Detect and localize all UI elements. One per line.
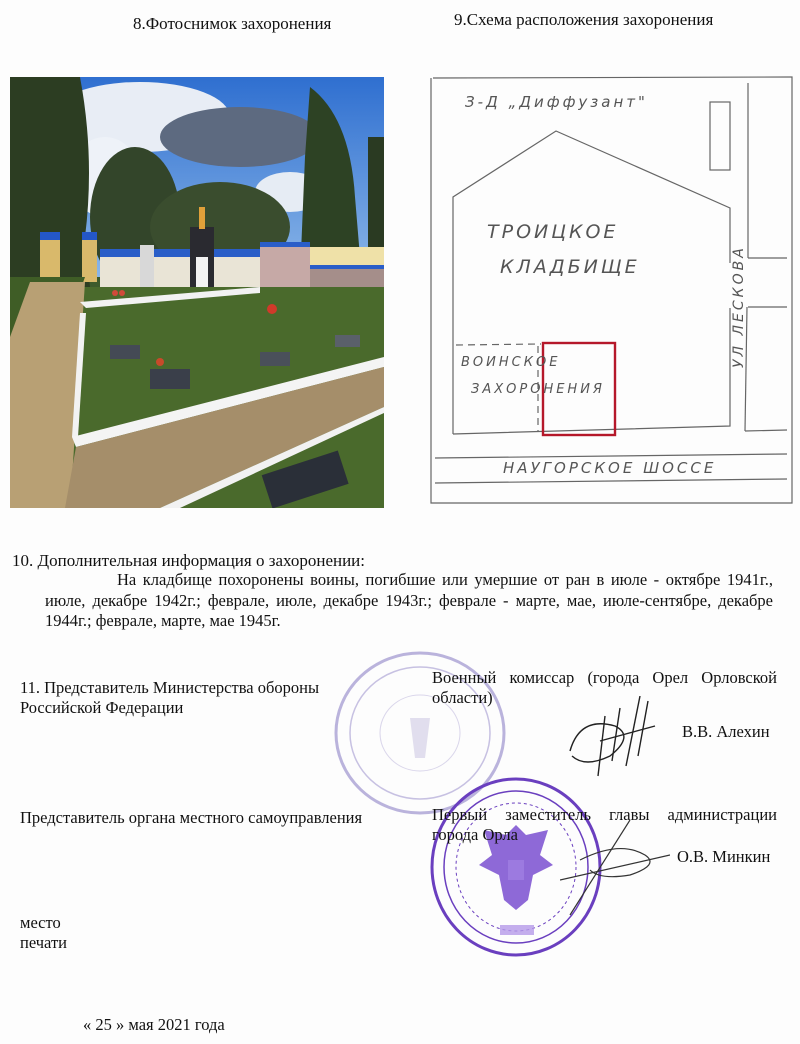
burial-scheme-map: З-Д „Диффузант" ТРОИЦКОЕ КЛАДБИЩЕ ВОИНСК… [425, 73, 797, 505]
label-burial-1: ВОИНСКОЕ [461, 355, 560, 370]
stamp-place-label: место печати [20, 913, 67, 953]
military-commissar-title: Военный комиссар (города Орел Орловской … [432, 668, 777, 708]
stamp-place-line-1: место [20, 913, 67, 933]
local-government-representative-label: Представитель органа местного самоуправл… [20, 808, 362, 828]
label-burial-2-text: ЗАХОРОНЕНИЯ [471, 382, 605, 397]
military-commissar-name: В.В. Алехин [682, 722, 770, 742]
stamp-place-line-2: печати [20, 933, 67, 953]
ministry-representative-label: 11. Представитель Министерства обороны Р… [20, 678, 350, 718]
photo-caption: 8.Фотоснимок захоронения [133, 14, 331, 34]
label-street-bottom: НАУГОРСКОЕ ШОССЕ [503, 459, 716, 477]
section-10-body: На кладбище похоронены воины, погибшие и… [45, 570, 773, 632]
section-10-heading: 10. Дополнительная информация о захороне… [12, 551, 365, 571]
label-street-side: УЛ ЛЕСКОВА [731, 245, 747, 368]
signature-alekhin [560, 696, 670, 781]
label-cemetery-1: ТРОИЦКОЕ [487, 221, 618, 243]
label-factory: З-Д „Диффузант" [465, 93, 648, 111]
first-deputy-title: Первый заместитель главы администрации г… [432, 805, 777, 845]
burial-photo [10, 77, 384, 508]
document-date: « 25 » мая 2021 года [83, 1015, 225, 1035]
first-deputy-name: О.В. Минкин [677, 847, 770, 867]
scheme-caption: 9.Схема расположения захоронения [454, 10, 713, 30]
label-cemetery-2: КЛАДБИЩЕ [500, 256, 640, 278]
